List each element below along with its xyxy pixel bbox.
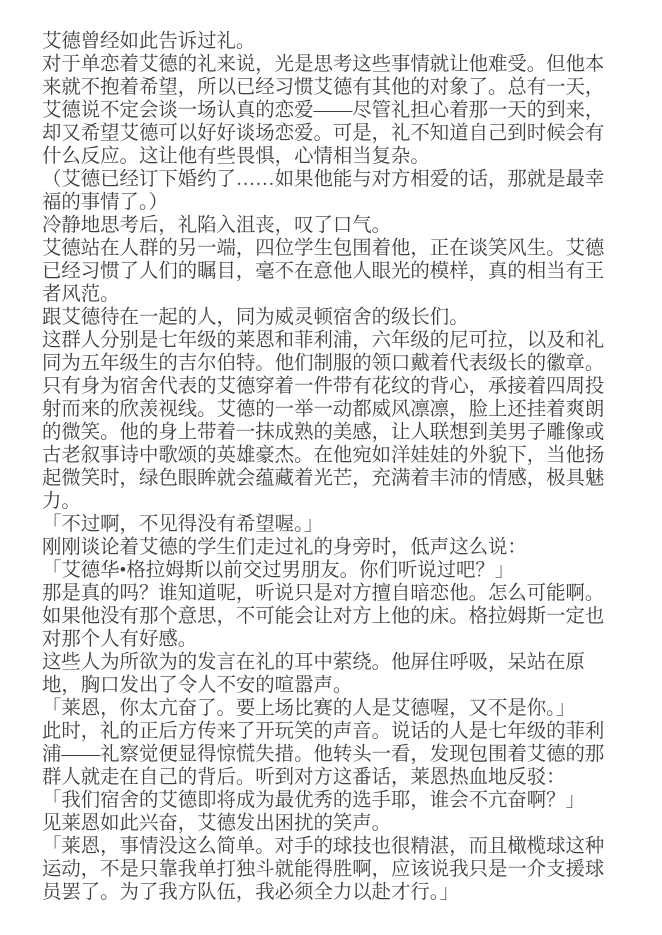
text-line: 对那个人有好感。 (42, 628, 632, 651)
text-line: 刚刚谈论着艾德的学生们走过礼的身旁时，低声这么说： (42, 536, 632, 559)
text-line: 冷静地思考后，礼陷入沮丧，叹了口气。 (42, 214, 632, 237)
text-line: （艾德已经订下婚约了……如果他能与对方相爱的话，那就是最幸 (42, 168, 632, 191)
text-line: 员罢了。为了我方队伍，我必须全力以赴才行。」 (42, 881, 632, 904)
novel-page: 艾德曾经如此告诉过礼。 对于单恋着艾德的礼来说，光是思考这些事情就让他难受。但他… (0, 0, 662, 935)
text-line: 起微笑时，绿色眼眸就会蕴藏着光芒，充满着丰沛的情感，极具魅 (42, 467, 632, 490)
text-line: 「莱恩，事情没这么简单。对手的球技也很精湛，而且橄榄球这种 (42, 835, 632, 858)
text-line: 福的事情了。） (42, 191, 632, 214)
text-line: 同为五年级生的吉尔伯特。他们制服的领口戴着代表级长的徽章。 (42, 352, 632, 375)
text-line: 「艾德华•格拉姆斯以前交过男朋友。你们听说过吧？」 (42, 559, 632, 582)
text-line: 那是真的吗？谁知道呢，听说只是对方擅自暗恋他。怎么可能啊。 (42, 582, 632, 605)
text-line: 只有身为宿舍代表的艾德穿着一件带有花纹的背心，承接着四周投 (42, 375, 632, 398)
text-line: 艾德曾经如此告诉过礼。 (42, 30, 632, 53)
text-line: 群人就走在自己的背后。听到对方这番话，莱恩热血地反驳： (42, 766, 632, 789)
text-line: 如果他没有那个意思，不可能会让对方上他的床。格拉姆斯一定也 (42, 605, 632, 628)
text-line: 见莱恩如此兴奋，艾德发出困扰的笑声。 (42, 812, 632, 835)
text-line: 对于单恋着艾德的礼来说，光是思考这些事情就让他难受。但他本 (42, 53, 632, 76)
text-line: 什么反应。这让他有些畏惧，心情相当复杂。 (42, 145, 632, 168)
text-line: 跟艾德待在一起的人，同为威灵顿宿舍的级长们。 (42, 306, 632, 329)
novel-text-block: 艾德曾经如此告诉过礼。 对于单恋着艾德的礼来说，光是思考这些事情就让他难受。但他… (42, 30, 632, 904)
text-line: 这群人分别是七年级的莱恩和菲利浦，六年级的尼可拉，以及和礼 (42, 329, 632, 352)
text-line: 的微笑。他的身上带着一抹成熟的美感，让人联想到美男子雕像或 (42, 421, 632, 444)
text-line: 者风范。 (42, 283, 632, 306)
text-line: 射而来的欣羡视线。艾德的一举一动都威风凛凛，脸上还挂着爽朗 (42, 398, 632, 421)
text-line: 却又希望艾德可以好好谈场恋爱。可是，礼不知道自己到时候会有 (42, 122, 632, 145)
text-line: 艾德站在人群的另一端，四位学生包围着他，正在谈笑风生。艾德 (42, 237, 632, 260)
text-line: 「不过啊，不见得没有希望喔。」 (42, 513, 632, 536)
text-line: 此时，礼的正后方传来了开玩笑的声音。说话的人是七年级的菲利 (42, 720, 632, 743)
text-line: 浦——礼察觉便显得惊慌失措。他转头一看，发现包围着艾德的那 (42, 743, 632, 766)
text-line: 古老叙事诗中歌颂的英雄豪杰。在他宛如洋娃娃的外貌下，当他扬 (42, 444, 632, 467)
text-line: 「我们宿舍的艾德即将成为最优秀的选手耶，谁会不亢奋啊？」 (42, 789, 632, 812)
text-line: 「莱恩，你太亢奋了。要上场比赛的人是艾德喔，又不是你。」 (42, 697, 632, 720)
text-line: 力。 (42, 490, 632, 513)
text-line: 已经习惯了人们的瞩目，毫不在意他人眼光的模样，真的相当有王 (42, 260, 632, 283)
text-line: 艾德说不定会谈一场认真的恋爱——尽管礼担心着那一天的到来， (42, 99, 632, 122)
text-line: 这些人为所欲为的发言在礼的耳中萦绕。他屏住呼吸，呆站在原 (42, 651, 632, 674)
text-line: 运动，不是只靠我单打独斗就能得胜啊，应该说我只是一介支援球 (42, 858, 632, 881)
text-line: 来就不抱着希望，所以已经习惯艾德有其他的对象了。总有一天， (42, 76, 632, 99)
text-line: 地，胸口发出了令人不安的喧嚣声。 (42, 674, 632, 697)
